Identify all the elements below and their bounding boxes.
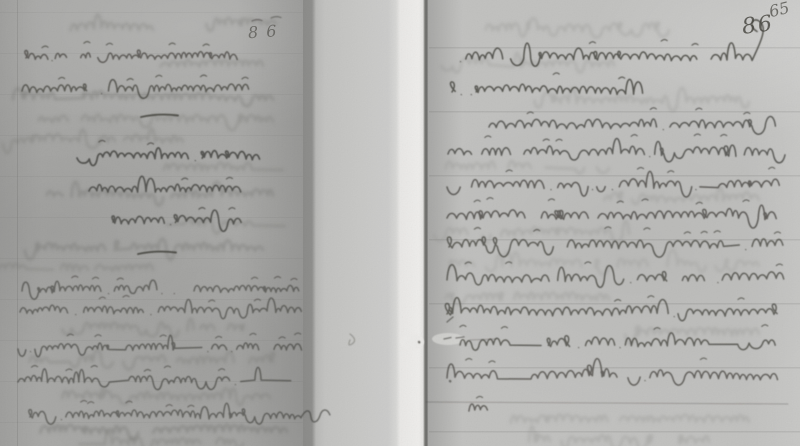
left-page-number: 86: [247, 21, 285, 42]
left-page: [0, 0, 303, 446]
manuscript-scan: 86 86 65: [0, 0, 800, 446]
right-page: [429, 0, 800, 446]
binding-gutter: [303, 0, 429, 446]
